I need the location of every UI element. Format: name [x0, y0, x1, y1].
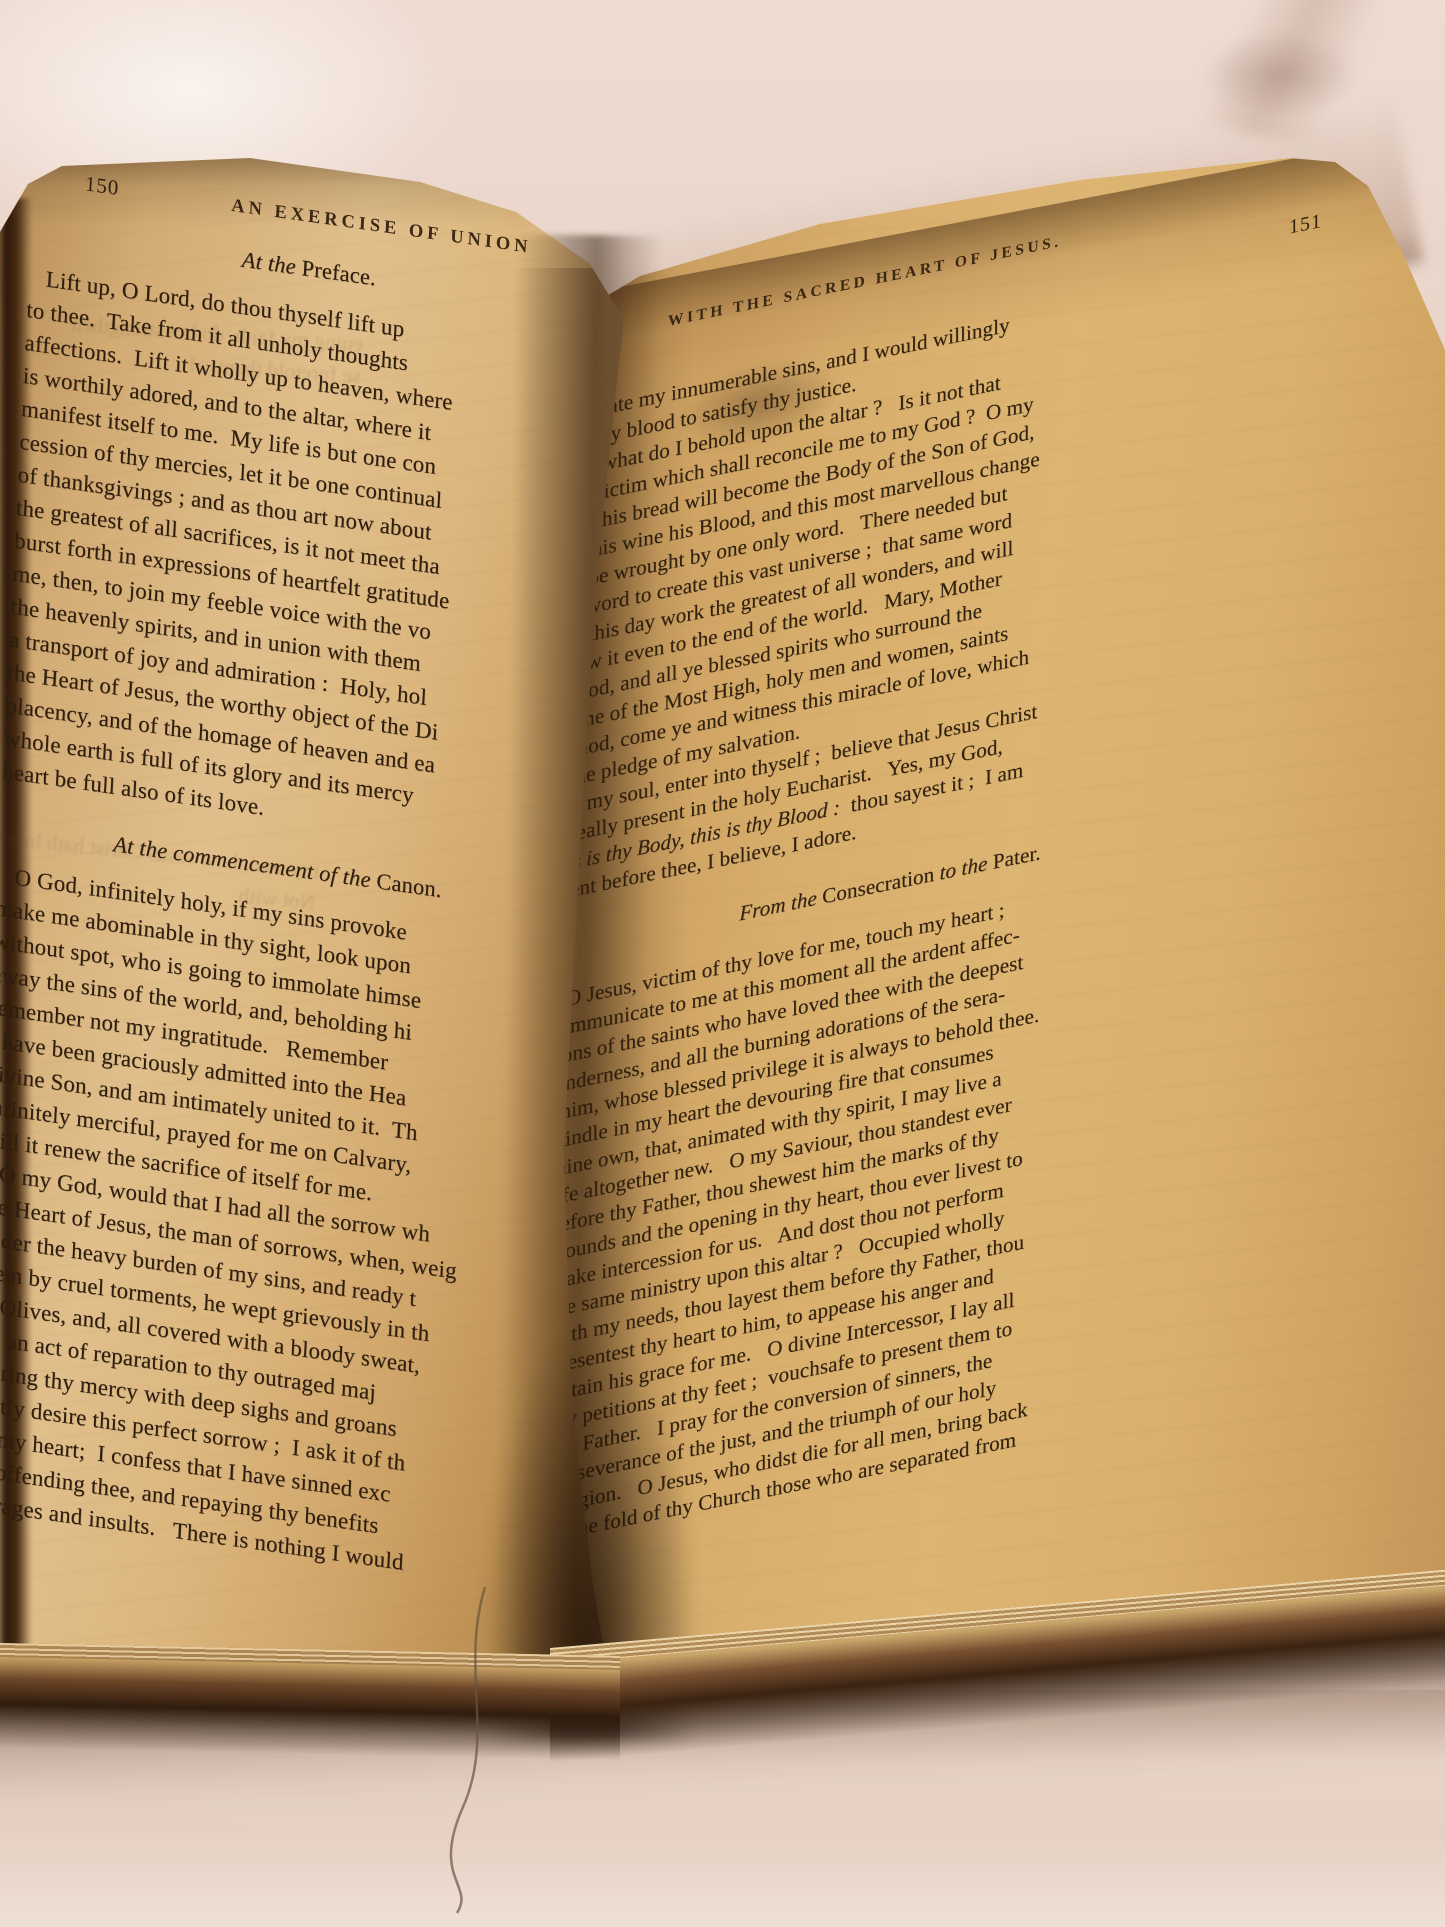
- page-number: 151: [1289, 210, 1322, 240]
- photo-open-prayer-book: { "colors":{"paper":"#d8ae6c","ink":"#2e…: [0, 0, 1445, 1927]
- thread: [415, 1585, 545, 1915]
- page-number: 150: [84, 171, 120, 201]
